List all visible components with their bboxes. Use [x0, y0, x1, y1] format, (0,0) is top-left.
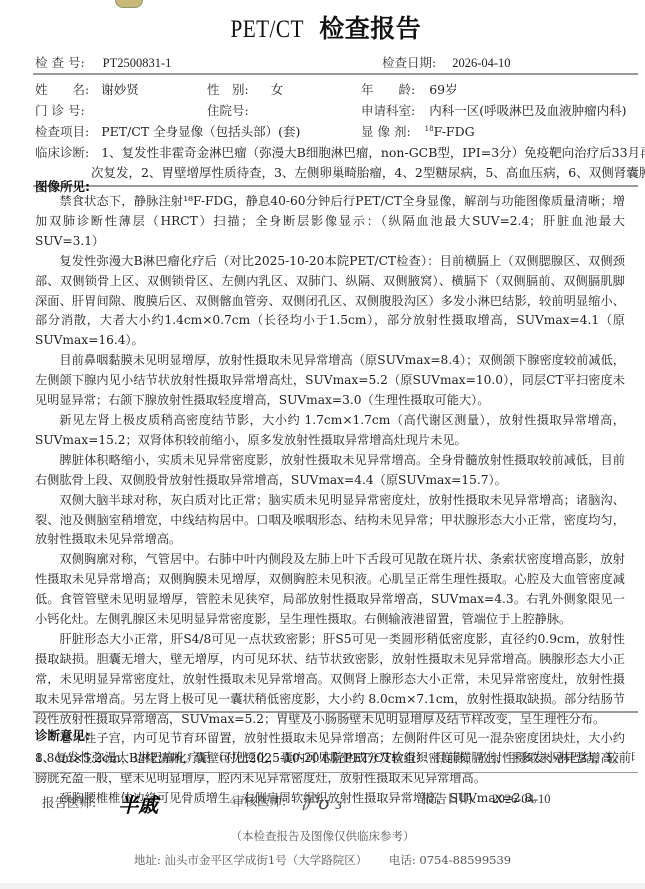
- exam-no-row: 检 查 号: PT2500831-1: [35, 53, 171, 71]
- page-title: PET/CT 检查报告: [0, 9, 645, 45]
- report-date-value: 2026-04-10: [492, 792, 550, 806]
- exam-date-row: 检查日期: 2026-04-10: [382, 53, 511, 71]
- patient-name: 谢妙贤: [101, 82, 139, 97]
- review-doctor-signature: 沪ʊ ₃: [300, 789, 342, 815]
- divider: [33, 772, 638, 773]
- exam-date-label: 检查日期:: [382, 55, 436, 70]
- phone-label: 电话:: [389, 853, 416, 867]
- divider: [33, 185, 638, 187]
- exam-date: 2026-04-10: [452, 56, 510, 70]
- disclaimer: （本检查报告及图像仅供临床参考）: [0, 828, 645, 844]
- report-doctor-label: 报告医师:: [42, 795, 96, 810]
- clinic-no-label: 门 诊 号:: [35, 103, 85, 118]
- sex-label: 性 别:: [207, 82, 249, 97]
- tracer-value: 18F-FDG: [425, 124, 475, 139]
- exam-no-label: 检 查 号:: [35, 55, 85, 70]
- report-date: 报告日期: 2026-04-10: [422, 789, 551, 807]
- dept-row: 申请科室: 内科一区(呼吸淋巴及血液肿瘤内科): [361, 101, 626, 119]
- findings-paragraph: 禁食状态下，静脉注射¹⁸F-FDG，静息40-60分钟后行PET/CT全身显像，…: [35, 192, 625, 252]
- clinical-dx-line2: 次复发，2、胃壁增厚性质待查，3、左侧卵巢畸胎瘤，4、2型糖尿病，5、高血压病，…: [91, 165, 645, 180]
- name-label: 姓 名:: [35, 82, 89, 97]
- findings-paragraph: 目前鼻咽黏膜未见明显增厚，放射性摄取未见异常增高（原SUVmax=8.4）；双侧…: [35, 351, 625, 411]
- clinical-dx-row-2: 次复发，2、胃壁增厚性质待查，3、左侧卵巢畸胎瘤，4、2型糖尿病，5、高血压病，…: [91, 163, 645, 181]
- tracer-label: 显 像 剂:: [361, 124, 411, 139]
- address-label: 地址:: [134, 853, 161, 867]
- findings-paragraph: 双侧大脑半球对称，灰白质对比正常；脑实质未见明显异常密度灶，放射性摄取未见异常增…: [35, 491, 625, 551]
- exam-item: PET/CT 全身显像（包括头部）(套): [101, 124, 300, 139]
- dept-label: 申请科室:: [361, 103, 415, 118]
- sex-row: 性 别: 女: [207, 80, 283, 98]
- clinic-no-row: 门 诊 号:: [35, 101, 85, 119]
- page-bottom-edge: [0, 883, 645, 889]
- hospital-logo: [115, 0, 143, 8]
- findings-paragraph: 肝脏形态大小正常，肝S4/8可见一点状致密影；肝S5可见一类圆形稍低密度影，直径…: [35, 630, 625, 730]
- address-line: 地址: 汕头市金平区学成街1号（大学路院区） 电话: 0754-88599539: [0, 852, 645, 868]
- findings-body: 禁食状态下，静脉注射¹⁸F-FDG，静息40-60分钟后行PET/CT全身显像，…: [35, 192, 625, 809]
- report-date-label: 报告日期:: [422, 791, 476, 806]
- exam-item-label: 检查项目:: [35, 124, 89, 139]
- exam-item-row: 检查项目: PET/CT 全身显像（包括头部）(套): [35, 122, 300, 140]
- tracer-isotope: 18: [425, 125, 434, 133]
- divider: [33, 711, 638, 713]
- report-doctor: 报告医师: 半戚: [42, 789, 158, 818]
- report-doctor-signature: 半戚: [118, 789, 158, 818]
- tracer-name: F-FDG: [434, 124, 475, 139]
- divider: [33, 73, 638, 75]
- title-latin: PET/CT: [230, 16, 303, 44]
- patient-name-row: 姓 名: 谢妙贤: [35, 80, 139, 98]
- address: 汕头市金平区学成街1号（大学路院区）: [164, 853, 367, 867]
- diagnosis-title: 诊断意见:: [35, 726, 90, 744]
- clinical-dx-row: 临床诊断: 1、复发性非霍奇金淋巴瘤（弥漫大B细胞淋巴瘤，non-GCB型，IP…: [35, 143, 645, 161]
- diagnosis-text: 1、复发性弥漫大B淋巴瘤化疗后（对比2025-10-20本院PET/CT检查）：…: [35, 749, 635, 767]
- tracer-row: 显 像 剂: 18F-FDG: [361, 122, 475, 140]
- findings-paragraph: 新见左肾上极皮质稍高密度结节影，大小约 1.7cm×1.7cm（高代谢区测量），…: [35, 411, 625, 451]
- dept-value: 内科一区(呼吸淋巴及血液肿瘤内科): [429, 103, 626, 118]
- age-value: 69岁: [429, 82, 457, 97]
- age-label: 年 龄:: [361, 82, 415, 97]
- title-cn: 检查报告: [319, 14, 421, 43]
- review-doctor: 审核医师: 沪ʊ ₃: [232, 789, 342, 815]
- sex-value: 女: [271, 82, 284, 97]
- findings-paragraph: 复发性弥漫大B淋巴瘤化疗后（对比2025-10-20本院PET/CT检查）：目前…: [35, 252, 625, 352]
- review-doctor-label: 审核医师:: [232, 794, 286, 809]
- age-row: 年 龄: 69岁: [361, 80, 458, 98]
- findings-paragraph: 双侧胸廓对称，气管居中。右肺中叶内侧段及左肺上叶下舌段可见散在斑片状、条索状密度…: [35, 550, 625, 630]
- exam-no: PT2500831-1: [103, 56, 172, 70]
- inpatient-no-row: 住院号:: [207, 101, 249, 119]
- clinical-dx-line1: 1、复发性非霍奇金淋巴瘤（弥漫大B细胞淋巴瘤，non-GCB型，IPI=3分）免…: [101, 145, 645, 160]
- inpatient-no-label: 住院号:: [207, 103, 249, 118]
- phone: 0754-88599539: [419, 853, 511, 867]
- findings-paragraph: 脾脏体积略缩小，实质未见异常密度影，放射性摄取未见异常增高。全身骨髓放射性摄取较…: [35, 451, 625, 491]
- clinical-dx-label: 临床诊断:: [35, 145, 89, 160]
